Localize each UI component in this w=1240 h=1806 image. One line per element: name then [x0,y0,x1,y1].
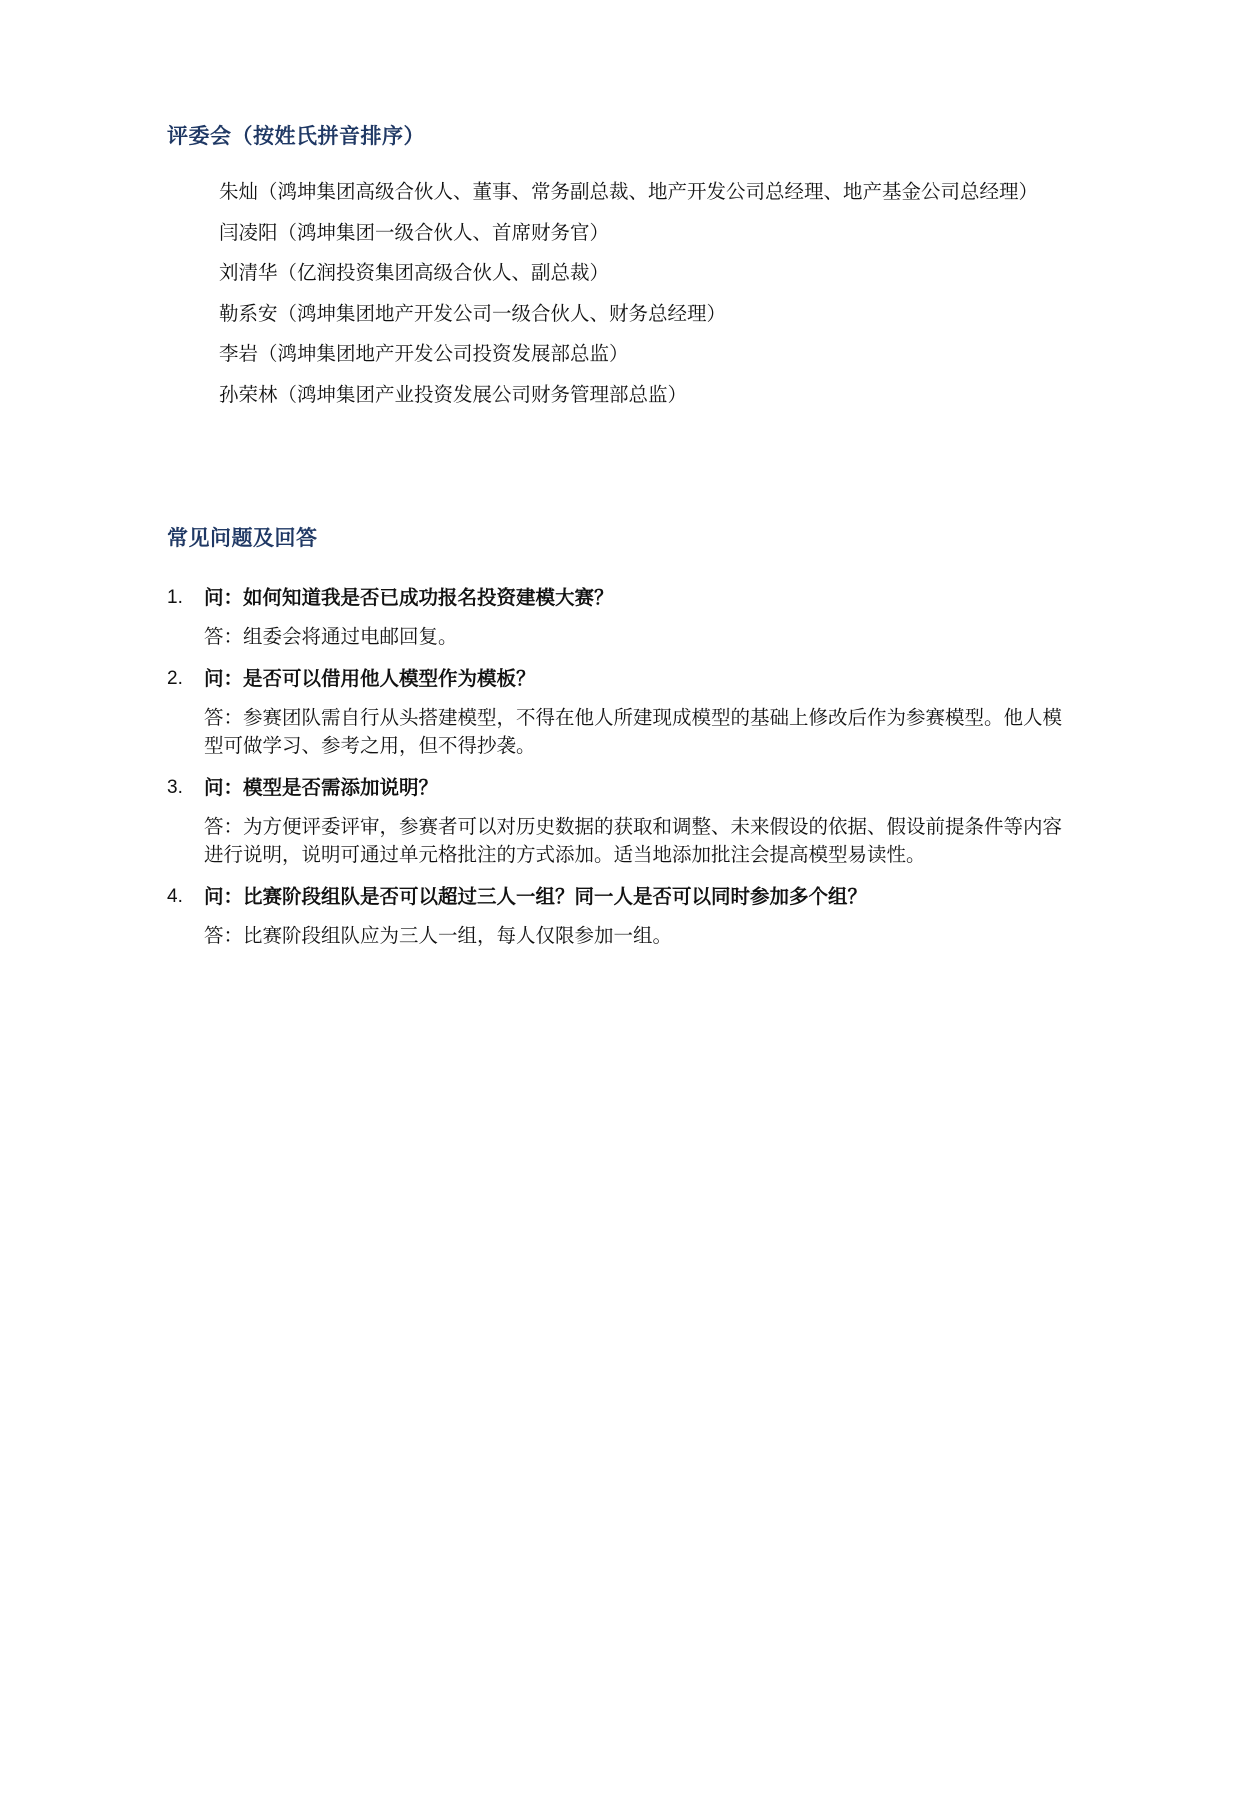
judges-list: 朱灿（鸿坤集团高级合伙人、董事、常务副总裁、地产开发公司总经理、地产基金公司总经… [219,172,1079,415]
faq-item: 4. 问：比赛阶段组队是否可以超过三人一组？同一人是否可以同时参加多个组？ 答：… [167,882,1067,951]
faq-question: 问：如何知道我是否已成功报名投资建模大赛？ [204,583,1067,613]
judge-item: 闫凌阳（鸿坤集团一级合伙人、首席财务官） [219,213,1079,254]
judges-heading: 评委会（按姓氏拼音排序） [167,120,425,150]
judge-item: 李岩（鸿坤集团地产开发公司投资发展部总监） [219,334,1079,375]
faq-answer: 答：组委会将通过电邮回复。 [204,623,1064,652]
faq-number: 3. [167,773,183,803]
faq-answer: 答：为方便评委评审，参赛者可以对历史数据的获取和调整、未来假设的依据、假设前提条… [204,813,1064,870]
faq-answer: 答：参赛团队需自行从头搭建模型，不得在他人所建现成模型的基础上修改后作为参赛模型… [204,704,1064,761]
judge-item: 勒系安（鸿坤集团地产开发公司一级合伙人、财务总经理） [219,294,1079,335]
faq-item: 3. 问：模型是否需添加说明？ 答：为方便评委评审，参赛者可以对历史数据的获取和… [167,773,1067,870]
faq-item: 2. 问：是否可以借用他人模型作为模板？ 答：参赛团队需自行从头搭建模型，不得在… [167,664,1067,761]
faq-question: 问：是否可以借用他人模型作为模板？ [204,664,1067,694]
faq-number: 2. [167,664,183,694]
judge-item: 刘清华（亿润投资集团高级合伙人、副总裁） [219,253,1079,294]
faq-question: 问：比赛阶段组队是否可以超过三人一组？同一人是否可以同时参加多个组？ [204,882,1067,912]
faq-list: 1. 问：如何知道我是否已成功报名投资建模大赛？ 答：组委会将通过电邮回复。 2… [167,583,1067,962]
faq-number: 1. [167,583,183,613]
faq-answer: 答：比赛阶段组队应为三人一组，每人仅限参加一组。 [204,922,1064,951]
document-page: 评委会（按姓氏拼音排序） 朱灿（鸿坤集团高级合伙人、董事、常务副总裁、地产开发公… [0,0,1240,1806]
faq-heading: 常见问题及回答 [167,522,318,552]
faq-question: 问：模型是否需添加说明？ [204,773,1067,803]
faq-number: 4. [167,882,183,912]
judge-item: 孙荣林（鸿坤集团产业投资发展公司财务管理部总监） [219,375,1079,416]
judge-item: 朱灿（鸿坤集团高级合伙人、董事、常务副总裁、地产开发公司总经理、地产基金公司总经… [219,172,1079,213]
faq-item: 1. 问：如何知道我是否已成功报名投资建模大赛？ 答：组委会将通过电邮回复。 [167,583,1067,652]
